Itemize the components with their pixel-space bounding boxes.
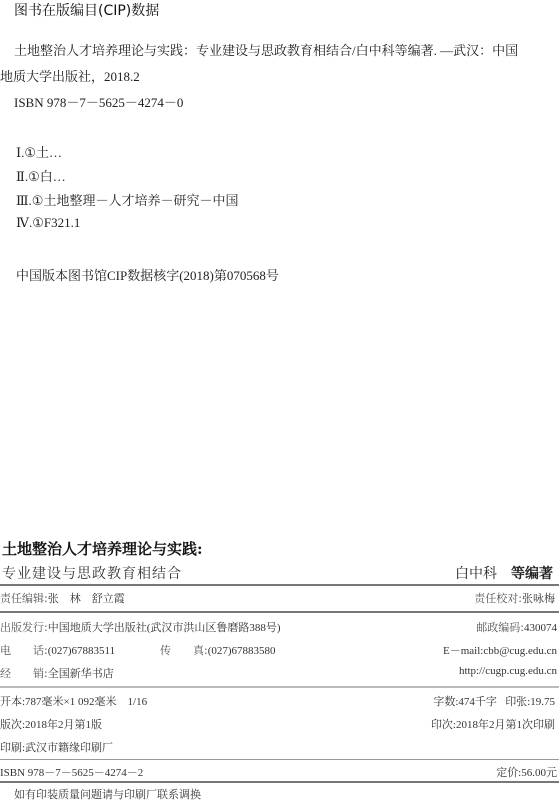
author-role: 等编著 xyxy=(511,566,553,582)
cip-subject-3: Ⅲ.①土地整理－人才培养－研究－中国 xyxy=(16,190,238,209)
distributor-value: 全国新华书店 xyxy=(48,668,114,680)
book-author: 白中科等编著 xyxy=(455,563,553,583)
fax-value: (027)67883580 xyxy=(208,645,276,657)
phone-value: (027)67883511 xyxy=(48,645,115,657)
cip-isbn: ISBN 978－7－5625－4274－0 xyxy=(14,92,183,111)
proofreader-value: 张咏梅 xyxy=(522,593,555,605)
editor-row: 责任编辑:张 林 舒立霞 xyxy=(0,590,125,606)
divider xyxy=(0,584,559,586)
colophon-isbn: ISBN 978－7－5625－4274－2 xyxy=(0,764,143,780)
phone-row: 电 话:(027)67883511 xyxy=(0,642,115,658)
word-count: 字数:474千字 xyxy=(433,696,497,708)
editor-value: 张 林 舒立霞 xyxy=(48,593,125,605)
quality-notice: 如有印装质量问题请与印刷厂联系调换 xyxy=(14,786,201,800)
postcode-row: 邮政编码:430074 xyxy=(476,619,557,635)
postcode-value: 430074 xyxy=(524,622,557,634)
distributor-row: 经 销:全国新华书店 xyxy=(0,665,114,681)
divider xyxy=(0,686,559,688)
edition: 版次:2018年2月第1版 xyxy=(0,716,102,732)
divider xyxy=(0,759,559,760)
sheets: 印张:19.75 xyxy=(505,696,555,708)
fax-label: 传 真: xyxy=(160,644,208,657)
phone-label: 电 话: xyxy=(0,644,48,657)
cip-subject-1: Ⅰ.①土… xyxy=(16,142,62,161)
cip-subject-2: Ⅱ.①白… xyxy=(16,166,66,185)
email: E－mail:cbb@cug.edu.cn xyxy=(443,642,557,658)
publisher-row: 出版发行:中国地质大学出版社(武汉市洪山区鲁磨路388号) xyxy=(0,619,281,635)
proofreader-row: 责任校对:张咏梅 xyxy=(474,590,555,606)
postcode-label: 邮政编码: xyxy=(476,621,524,634)
cip-subject-4: Ⅳ.①F321.1 xyxy=(16,215,80,231)
distributor-label: 经 销: xyxy=(0,667,48,680)
cip-entry-line1: 土地整治人才培养理论与实践：专业建设与思政教育相结合/白中科等编著. —武汉：中… xyxy=(14,40,518,59)
book-title: 土地整治人才培养理论与实践: xyxy=(2,538,203,559)
printer: 印刷:武汉市籍缘印刷厂 xyxy=(0,739,113,755)
publisher-label: 出版发行: xyxy=(0,621,48,634)
publisher-value: 中国地质大学出版社(武汉市洪山区鲁磨路388号) xyxy=(48,622,281,634)
book-subtitle: 专业建设与思政教育相结合 xyxy=(2,563,182,583)
fax-row: 传 真:(027)67883580 xyxy=(160,642,276,658)
proofreader-label: 责任校对: xyxy=(474,592,522,605)
website: http://cugp.cug.edu.cn xyxy=(459,665,557,677)
cip-header: 图书在版编目(CIP)数据 xyxy=(14,0,159,20)
editor-label: 责任编辑: xyxy=(0,592,48,605)
cip-number: 中国版本图书馆CIP数据核字(2018)第070568号 xyxy=(16,265,279,284)
author-name: 白中科 xyxy=(455,566,497,582)
printing: 印次:2018年2月第1次印刷 xyxy=(431,716,555,732)
divider xyxy=(0,611,559,613)
count-sheets-row: 字数:474千字 印张:19.75 xyxy=(433,693,555,709)
price: 定价:56.00元 xyxy=(496,764,557,780)
cip-entry-line2: 地质大学出版社，2018.2 xyxy=(0,66,140,85)
divider xyxy=(0,781,559,783)
format: 开本:787毫米×1 092毫米 1/16 xyxy=(0,693,147,709)
